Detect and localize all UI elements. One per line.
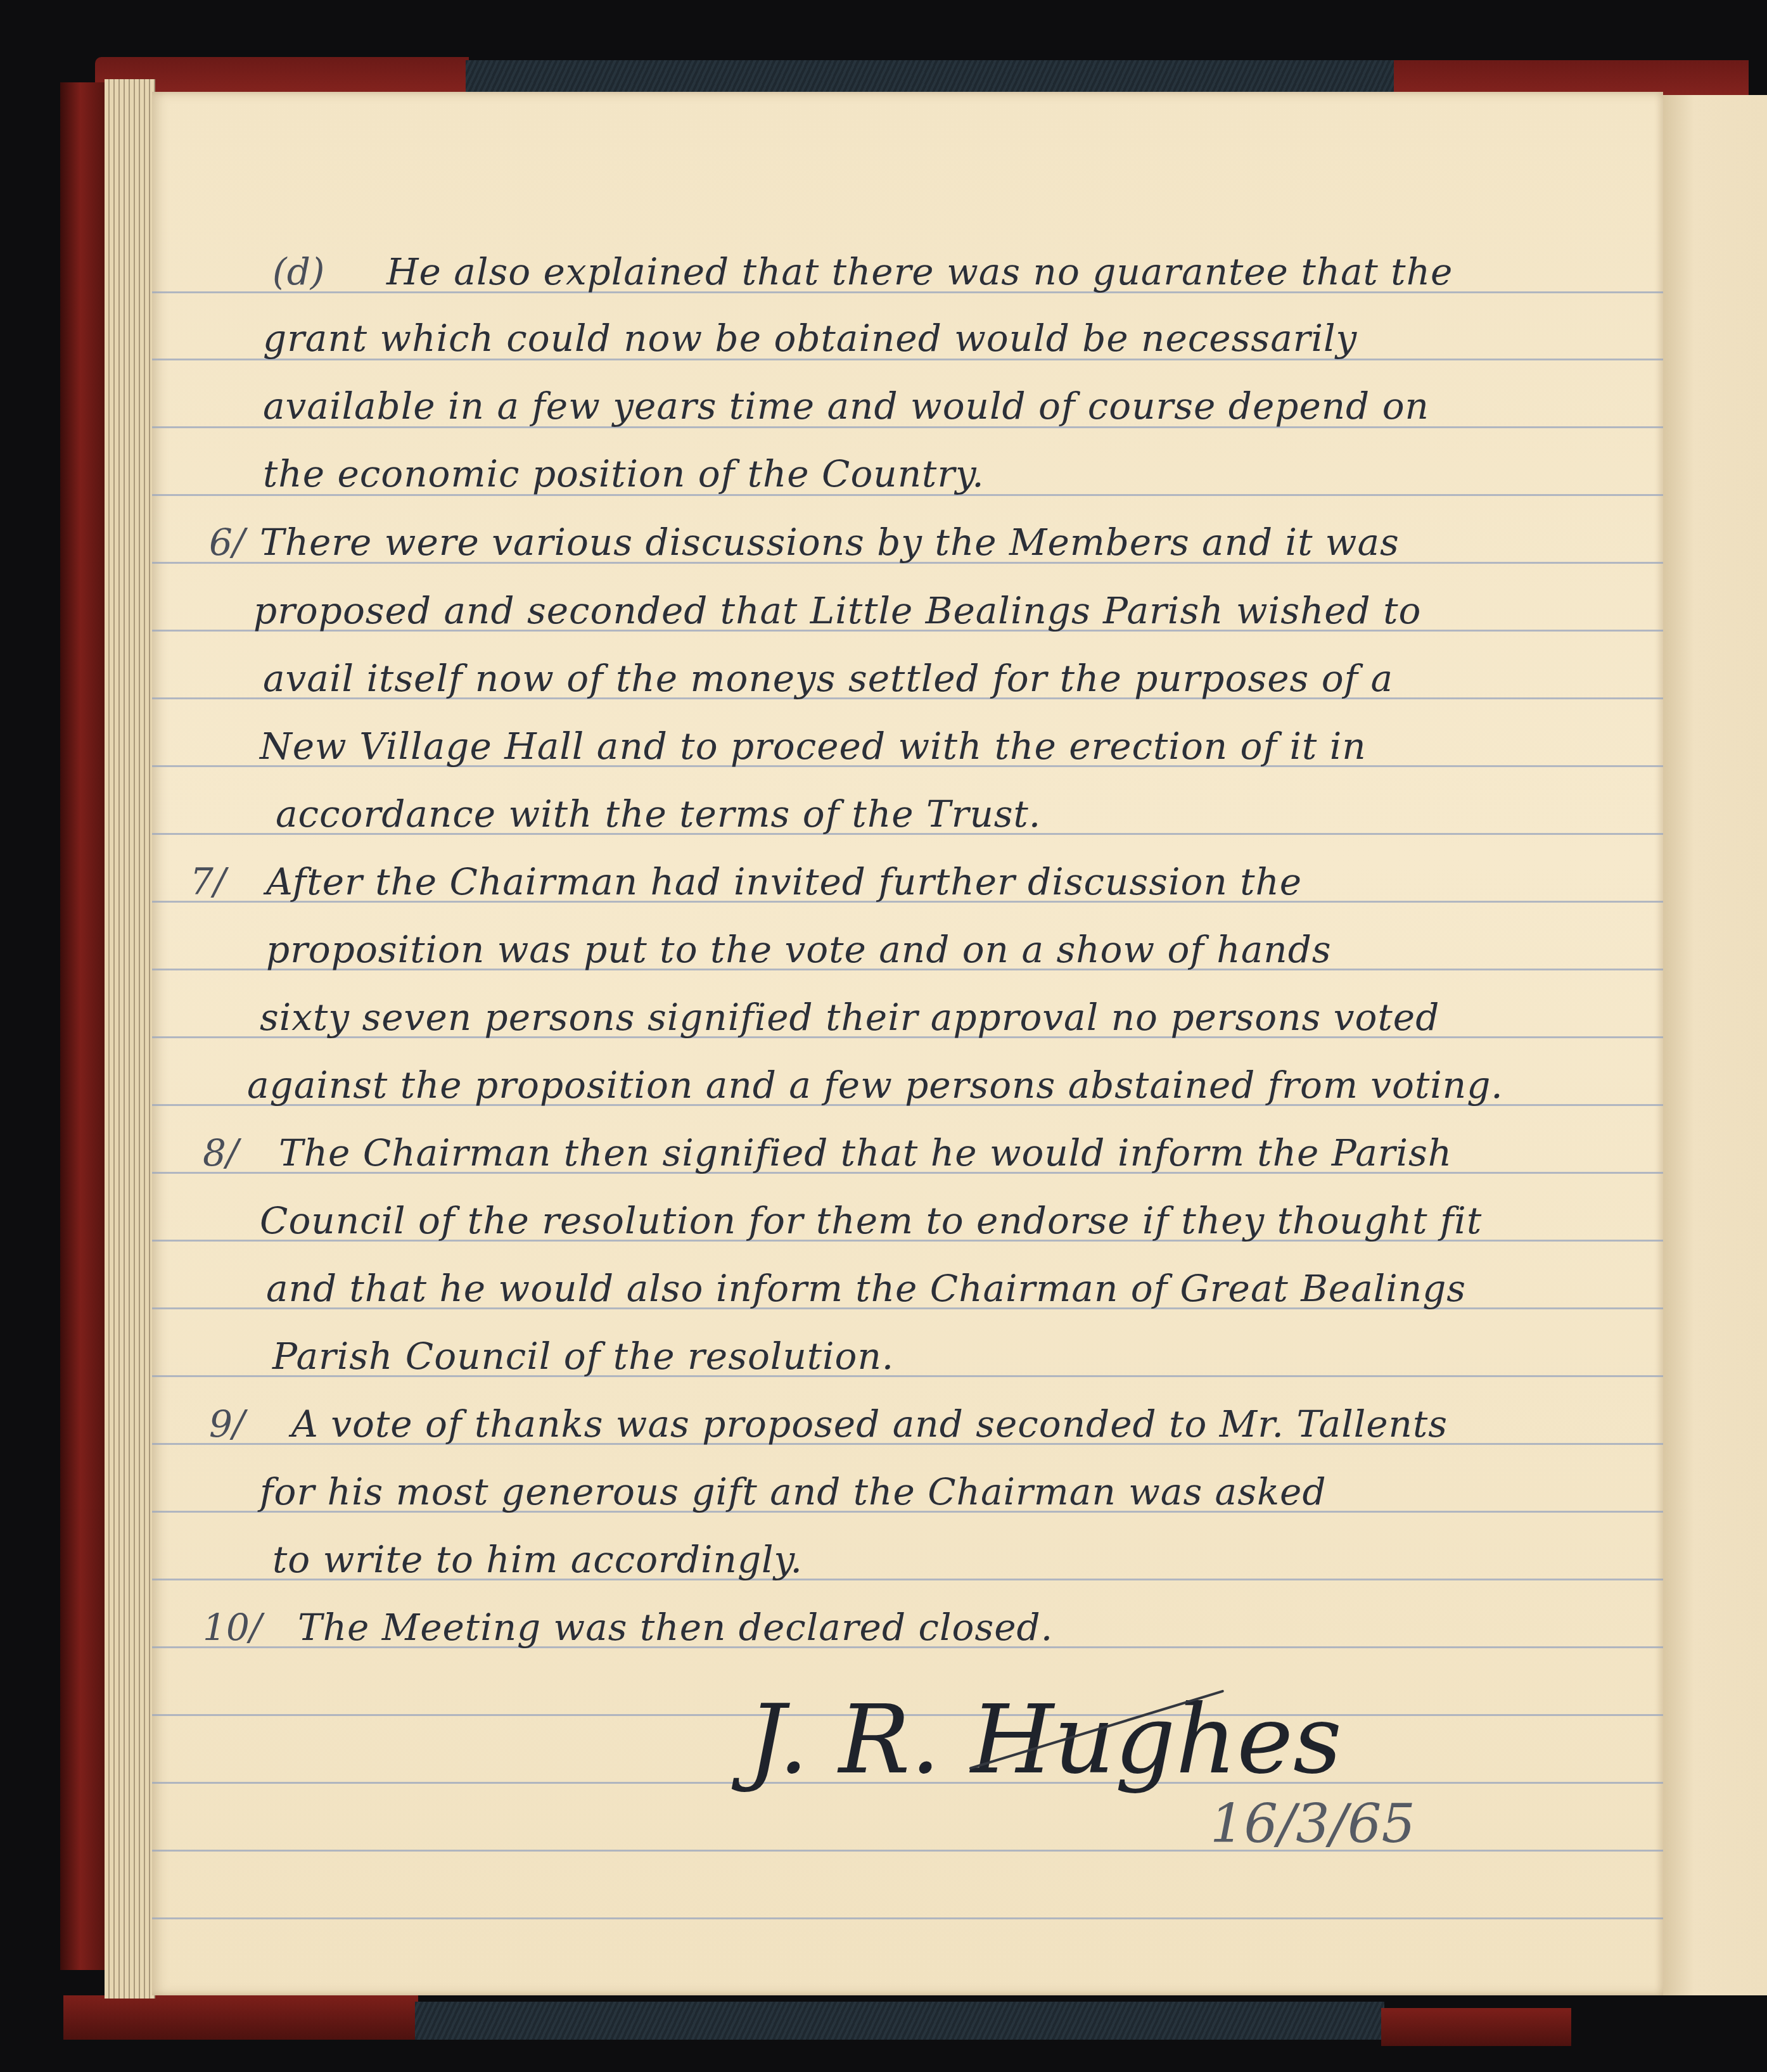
paragraph-number: (d): [272, 250, 324, 293]
text-line: proposed and seconded that Little Bealin…: [253, 589, 1421, 632]
text-line: A vote of thanks was proposed and second…: [291, 1402, 1448, 1446]
text-line: and that he would also inform the Chairm…: [266, 1267, 1466, 1310]
text-line: The Meeting was then declared closed.: [298, 1606, 1053, 1649]
ruled-line: [152, 1917, 1663, 1919]
text-line: proposition was put to the vote and on a…: [266, 928, 1332, 971]
text-line: against the proposition and a few person…: [247, 1064, 1503, 1107]
paragraph-number: 10/: [203, 1606, 262, 1649]
text-line: After the Chairman had invited further d…: [266, 860, 1302, 903]
text-line: He also explained that there was no guar…: [386, 250, 1453, 293]
text-line: available in a few years time and would …: [263, 385, 1429, 428]
signature: J. R. Hughes: [748, 1685, 1342, 1795]
text-line: Council of the resolution for them to en…: [260, 1199, 1482, 1242]
text-line: accordance with the terms of the Trust.: [276, 792, 1041, 836]
text-line: Parish Council of the resolution.: [272, 1335, 894, 1378]
page-stack-edges: [105, 79, 155, 1999]
text-line: to write to him accordingly.: [272, 1538, 803, 1581]
ruled-line: [152, 1850, 1663, 1852]
paragraph-number: 7/: [190, 860, 226, 903]
text-line: for his most generous gift and the Chair…: [260, 1470, 1327, 1513]
text-line: The Chairman then signified that he woul…: [279, 1131, 1452, 1174]
text-line: There were various discussions by the Me…: [260, 521, 1400, 564]
text-line: grant which could now be obtained would …: [263, 317, 1357, 360]
text-line: avail itself now of the moneys settled f…: [263, 657, 1393, 700]
book-cover-corner-bottom-left: [63, 1995, 418, 2040]
text-line: the economic position of the Country.: [263, 452, 985, 495]
signature-date: 16/3/65: [1210, 1793, 1415, 1855]
text-line: sixty seven persons signified their appr…: [260, 996, 1439, 1039]
facing-page-edge: [1663, 95, 1767, 1995]
book-spine-cloth-bottom: [415, 2002, 1384, 2040]
paragraph-number: 6/: [209, 521, 245, 564]
paragraph-number: 9/: [209, 1402, 245, 1446]
paragraph-number: 8/: [203, 1131, 238, 1174]
book-cover-corner-bottom-right: [1381, 2008, 1571, 2046]
book-cover-left-edge: [60, 82, 111, 1970]
text-line: New Village Hall and to proceed with the…: [260, 725, 1367, 768]
